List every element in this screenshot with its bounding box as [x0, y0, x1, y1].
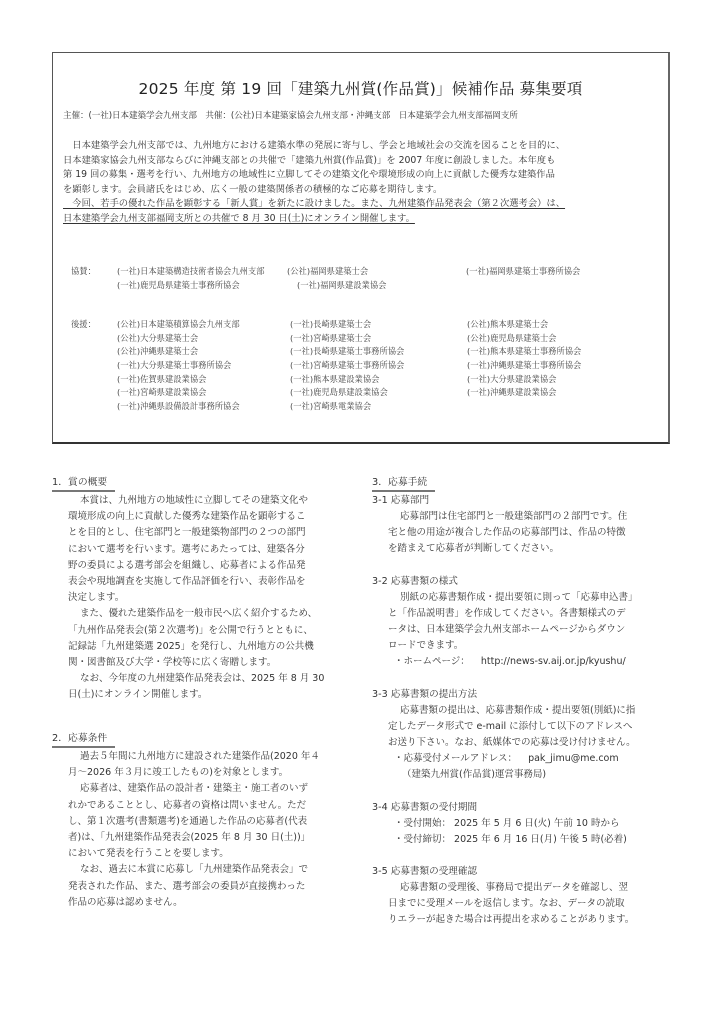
supporter-item: (一社)宮崎県電業協会 [290, 400, 404, 414]
line: れかであることとし、応募者の資格は問いません。ただ [68, 798, 362, 814]
intro-paragraph: 日本建築学会九州支部では、九州地方における建築水準の発展に寄与し、学会と地域社会… [63, 139, 663, 227]
intro-line: を顕彰します。会員諸氏をはじめ、広く一般の建築関係者の積極的なご応募を期待します… [63, 183, 663, 198]
paragraph-cont: 宅と他の用途が複合した作品の応募部門は、作品の特徴 を踏まえて応募者が判断してく… [372, 525, 688, 557]
sponsor-item: (公社)福岡県建築士会 [287, 265, 368, 279]
line: お送り下さい。なお、紙媒体での応募は受け付けません。 [388, 735, 688, 751]
supporter-item: (一社)沖縄県建築士事務所協会 [467, 359, 581, 373]
line: 野の委員による選考部会を組織し、応募者による作品発 [68, 558, 362, 574]
supporter-item: (一社)沖縄県設備設計事務所協会 [117, 400, 240, 414]
line: 表会や現地調査を実施して作品評価を行い、表彰作品を [68, 574, 362, 590]
line: 過去５年間に九州地方に建設された建築作品(2020 年４ [68, 749, 362, 765]
homepage-label: ・ホームページ： [394, 656, 470, 667]
line: ータは、日本建築学会九州支部ホームページからダウン [388, 622, 688, 638]
line: を踏まえて応募者が判断してください。 [388, 541, 688, 557]
paragraph: 応募書類の提出は、応募書類作成・提出要領(別紙)に指 [372, 703, 688, 719]
supporter-item: (一社)宮崎県建築士事務所協会 [290, 359, 404, 373]
paragraph-cont: 月～2026 年３月に竣工したもの)を対象とします。 [52, 765, 362, 781]
supporter-item: (一社)長崎県建築士事務所協会 [290, 345, 404, 359]
sponsor-item: (一社)鹿児島県建築士事務所協会 [117, 279, 265, 293]
paragraph-cont: 「九州作品発表会(第２次選考)」を公開で行うとともに、 記録誌「九州建築選 20… [52, 623, 362, 672]
section-eligibility: 2．応募条件 過去５年間に九州地方に建設された建築作品(2020 年４ 月～20… [52, 731, 362, 911]
paragraph: 応募部門は住宅部門と一般建築部門の２部門です。住 [372, 509, 688, 525]
supporter-item: (一社)大分県建設業協会 [467, 373, 581, 387]
section-heading: 2．応募条件 [52, 732, 115, 748]
subsection-heading: 3-1 応募部門 [372, 493, 688, 509]
section-prize-overview: 1．賞の概要 本賞は、九州地方の地域性に立脚してその建築文化や 環境形成の向上に… [52, 475, 362, 704]
line: 応募書類の受理後、事務局で提出データを確認し、翌 [388, 880, 688, 896]
intro-underlined-line: 日本建築学会九州支部福岡支所との共催で 8 月 30 日(土)にオンライン開催し… [63, 213, 415, 224]
line: 定したデータ形式で e-mail に添付して以下のアドレスへ [388, 719, 688, 735]
sponsor-item: (一社)福岡県建築士事務所協会 [466, 265, 580, 279]
line: において発表を行うことを要します。 [68, 846, 362, 862]
line: 決定します。 [68, 590, 362, 606]
intro-line: 日本建築学会九州支部では、九州地方における建築水準の発展に寄与し、学会と地域社会… [63, 139, 663, 154]
supporter-item: (公社)大分県建築士会 [117, 332, 240, 346]
paragraph: 応募者は、建築作品の設計者・建築主・施工者のいず [52, 781, 362, 797]
header-box: 2025 年度 第 19 回「建築九州賞(作品賞)」候補作品 募集要項 主催：(… [52, 52, 670, 444]
line: 発表された作品、また、選考部会の委員が直接携わった [68, 879, 362, 895]
line: ロードできます。 [388, 638, 688, 654]
supporter-item: (一社)佐賀県建設業協会 [117, 373, 240, 387]
paragraph: また、優れた建築作品を一般市民へ広く紹介するため、 [52, 606, 362, 622]
supporters-label: 後援： [71, 318, 117, 332]
sponsors-label: 協賛： [71, 265, 117, 279]
supporter-item: (一社)熊本県建築士事務所協会 [467, 345, 581, 359]
email-link[interactable]: pak_jimu@me.com [528, 753, 619, 764]
supporter-item: (一社)沖縄県建設業協会 [467, 386, 581, 400]
section-heading: 1．賞の概要 [52, 476, 115, 492]
supporter-item: (一社)鹿児島県建設業協会 [290, 386, 404, 400]
line: 日までに受理メールを返信します。なお、データの読取 [388, 896, 688, 912]
line: 応募部門は住宅部門と一般建築部門の２部門です。住 [388, 509, 688, 525]
paragraph-cont: 環境形成の向上に貢献した優秀な建築作品を顕彰するこ とを目的とし、住宅部門と一般… [52, 509, 362, 606]
supporter-item: (公社)鹿児島県建築士会 [467, 332, 581, 346]
paragraph: なお、過去に本賞に応募し「九州建築作品発表会」で [52, 862, 362, 878]
paragraph-cont: 日までに受理メールを返信します。なお、データの読取 りエラーが起きた場合は再提出… [372, 896, 688, 928]
organizers-line: 主催：(一社)日本建築学会九州支部 共催：(公社)日本建築家協会九州支部・沖縄支… [63, 109, 662, 121]
supporter-item: (公社)沖縄県建築士会 [117, 345, 240, 359]
sponsor-item: (一社)日本建築構造技術者協会九州支部 [117, 265, 265, 279]
paragraph-cont: れかであることとし、応募者の資格は問いません。ただ し、第１次選考(書類選考)を… [52, 798, 362, 863]
supporter-item: (公社)日本建築積算協会九州支部 [117, 318, 240, 332]
line: 作品の応募は認めません。 [68, 895, 362, 911]
paragraph: なお、今年度の九州建築作品発表会は、2025 年 8 月 30 [52, 671, 362, 687]
paragraph: 過去５年間に九州地方に建設された建築作品(2020 年４ [52, 749, 362, 765]
homepage-row: ・ホームページ： http://news-sv.aij.or.jp/kyushu… [372, 654, 688, 670]
homepage-link[interactable]: http://news-sv.aij.or.jp/kyushu/ [481, 656, 626, 667]
subsection-heading: 3-4 応募書類の受付期間 [372, 800, 688, 816]
subsection-heading: 3-2 応募書類の様式 [372, 574, 688, 590]
line: 日(土)にオンライン開催します。 [68, 687, 362, 703]
line: 月～2026 年３月に竣工したもの)を対象とします。 [68, 765, 362, 781]
office-name: （建築九州賞(作品賞)運営事務局) [372, 767, 688, 783]
supporter-item: (一社)熊本県建設業協会 [290, 373, 404, 387]
line: と「作品説明書」を作成してください。各書類様式のデ [388, 606, 688, 622]
line: 別紙の応募書類作成・提出要領に則って「応募申込書」 [388, 590, 688, 606]
email-row: ・応募受付メールアドレス： pak_jimu@me.com [372, 751, 688, 767]
section-application-procedure: 3．応募手続 3-1 応募部門 応募部門は住宅部門と一般建築部門の２部門です。住… [372, 475, 688, 929]
subsection-heading: 3-5 応募書類の受理確認 [372, 864, 688, 880]
line: なお、今年度の九州建築作品発表会は、2025 年 8 月 30 [68, 671, 362, 687]
line: とを目的とし、住宅部門と一般建築物部門の２つの部門 [68, 525, 362, 541]
line: 本賞は、九州地方の地域性に立脚してその建築文化や [68, 493, 362, 509]
supporter-item: (一社)長崎県建築士会 [290, 318, 404, 332]
period-start: ・受付開始： 2025 年 5 月 6 日(火) 午前 10 時から [372, 816, 688, 832]
paragraph: 応募書類の受理後、事務局で提出データを確認し、翌 [372, 880, 688, 896]
page-title: 2025 年度 第 19 回「建築九州賞(作品賞)」候補作品 募集要項 [53, 77, 668, 99]
line: 応募者は、建築作品の設計者・建築主・施工者のいず [68, 781, 362, 797]
supporter-item: (一社)宮崎県建設業協会 [117, 386, 240, 400]
intro-line: 日本建築家協会九州支部ならびに沖縄支部との共催で「建築九州賞(作品賞)」を 20… [63, 154, 663, 169]
paragraph-cont: と「作品説明書」を作成してください。各書類様式のデ ータは、日本建築学会九州支部… [372, 606, 688, 655]
line: において選考を行います。選考にあたっては、建築各分 [68, 542, 362, 558]
sponsor-item: (一社)福岡県建設業協会 [297, 279, 386, 293]
paragraph-cont: 発表された作品、また、選考部会の委員が直接携わった 作品の応募は認めません。 [52, 879, 362, 911]
line: 記録誌「九州建築選 2025」を発行し、九州地方の公共機 [68, 639, 362, 655]
email-label: ・応募受付メールアドレス： [394, 753, 517, 764]
line: 関・図書館及び大学・学校等に広く寄贈します。 [68, 655, 362, 671]
supporter-item: (公社)熊本県建築士会 [467, 318, 581, 332]
line: また、優れた建築作品を一般市民へ広く紹介するため、 [68, 606, 362, 622]
subsection-heading: 3-3 応募書類の提出方法 [372, 687, 688, 703]
line: し、第１次選考(書類選考)を通過した作品の応募者(代表 [68, 814, 362, 830]
line: 環境形成の向上に貢献した優秀な建築作品を顕彰するこ [68, 509, 362, 525]
supporter-item: (一社)宮崎県建築士会 [290, 332, 404, 346]
intro-line: 第 19 回の募集・選考を行い、九州地方の地域性に立脚してその建築文化や環境形成… [63, 168, 663, 183]
line: 宅と他の用途が複合した作品の応募部門は、作品の特徴 [388, 525, 688, 541]
line: 者)は、「九州建築作品発表会(2025 年 8 月 30 日(土))」 [68, 830, 362, 846]
intro-underlined-line: 今回、若手の優れた作品を顕彰する「新人賞」を新たに設けました。また、九州建築作品… [63, 198, 565, 209]
paragraph: 別紙の応募書類作成・提出要領に則って「応募申込書」 [372, 590, 688, 606]
paragraph-cont: 定したデータ形式で e-mail に添付して以下のアドレスへ お送り下さい。なお… [372, 719, 688, 751]
line: 「九州作品発表会(第２次選考)」を公開で行うとともに、 [68, 623, 362, 639]
paragraph-cont: 日(土)にオンライン開催します。 [52, 687, 362, 703]
supporter-item: (一社)大分県建築士事務所協会 [117, 359, 240, 373]
period-end: ・受付締切： 2025 年 6 月 16 日(月) 午後 5 時(必着) [372, 832, 688, 848]
paragraph: 本賞は、九州地方の地域性に立脚してその建築文化や [52, 493, 362, 509]
line: 応募書類の提出は、応募書類作成・提出要領(別紙)に指 [388, 703, 688, 719]
line: なお、過去に本賞に応募し「九州建築作品発表会」で [68, 862, 362, 878]
section-heading: 3．応募手続 [372, 476, 435, 492]
line: りエラーが起きた場合は再提出を求めることがあります。 [388, 912, 688, 928]
